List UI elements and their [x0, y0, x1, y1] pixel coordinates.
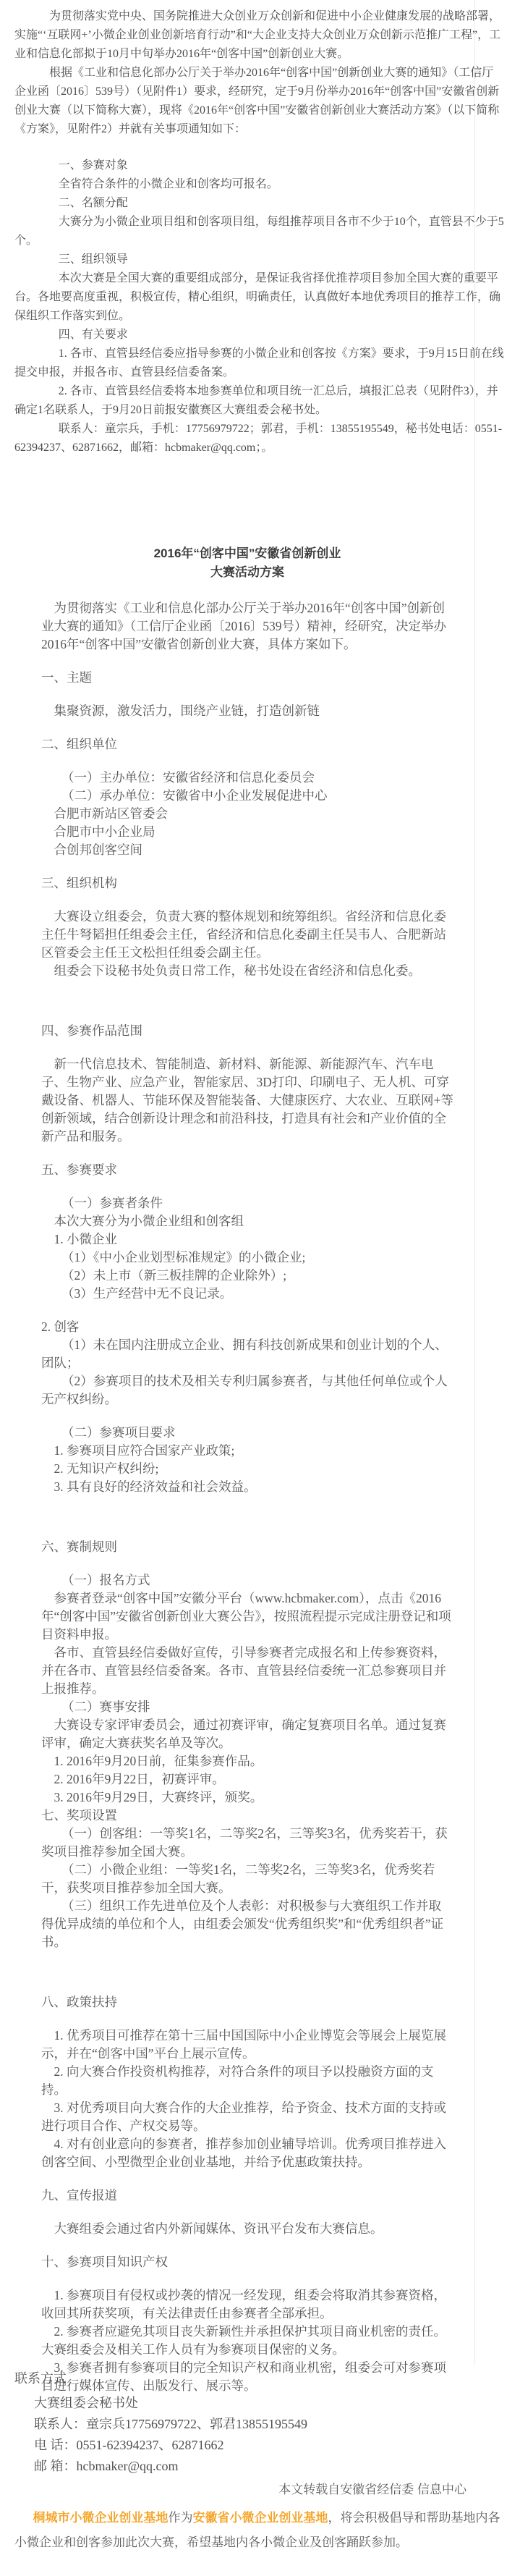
paragraph-line: 1. 参赛项目应符合国家产业政策; [41, 1442, 453, 1460]
paragraph-line: 1. 优秀项目可推荐在第十三届中国国际中小企业博览会等展会上展览展示，并在“创客… [41, 2027, 453, 2063]
paragraph-line: 1. 2016年9月20日前，征集参赛作品。 [41, 1752, 453, 1770]
paragraph-line: （1）《中小企业划型标准规定》的小微企业; [41, 1249, 453, 1267]
attachment-plan-body: 为贯彻落实《工业和信息化部办公厅关于举办2016年“创客中国”创新创业大赛的通知… [41, 599, 453, 2395]
paragraph-line: 为贯彻落实《工业和信息化部办公厅关于举办2016年“创客中国”创新创业大赛的通知… [41, 599, 453, 654]
paragraph-line: （3）生产经营中无不良记录。 [41, 1285, 453, 1303]
paragraph-line: （一）主办单位：安徽省经济和信息化委员会 [41, 769, 453, 787]
paragraph-line: 九、宣传报道 [41, 2187, 453, 2205]
promo-highlight-anhui-base: 安徽省小微企业创业基地 [193, 2511, 328, 2525]
paragraph-line: 组委会下设秘书处负责日常工作，秘书处设在省经济和信息化委。 [41, 962, 453, 980]
paragraph-line: （1）未在国内注册成立企业、拥有科技创新成果和创业计划的个人、团队； [41, 1336, 453, 1372]
paragraph-line: （一）创客组：一等奖1名，二等奖2名，三等奖3名，优秀奖若干，获奖项目推荐参加全… [41, 1825, 453, 1861]
paragraph-line: 四、有关要求 [14, 326, 504, 345]
paragraph-line: 全省符合条件的小微企业和创客均可报名。 [14, 175, 504, 194]
paragraph-line: 电 话：0551-62394237、62871662 [14, 2435, 491, 2456]
paragraph-line: 2. 参赛者应避免其项目丧失新颖性并承担保护其项目商业机密的责任。大赛组委会及相… [41, 2323, 453, 2359]
paragraph-line: 二、组织单位 [41, 735, 453, 753]
paragraph-line: 一、参赛对象 [14, 156, 504, 175]
paragraph-line: 邮 箱：hcbmaker@qq.com [14, 2456, 491, 2477]
paragraph-line: （2）参赛项目的技术及相关专利归属参赛者，与其他任何单位或个人无产权纠纷。 [41, 1372, 453, 1409]
paragraph-line: 3. 具有良好的经济效益和社会效益。 [41, 1478, 453, 1496]
paragraph-line: 为贯彻落实党中央、国务院推进大众创业万众创新和促进中小企业健康发展的战略部署，实… [14, 7, 504, 64]
paragraph-line: （2）未上市（新三板挂牌的企业除外）; [41, 1267, 453, 1285]
paragraph-line: 2. 向大赛合作投资机构推荐，对符合条件的项目予以投融资方面的支持。 [41, 2063, 453, 2099]
paragraph-line: （一）报名方式 [41, 1571, 453, 1589]
paragraph-line: 七、奖项设置 [41, 1807, 453, 1825]
paragraph-line: 2. 创客 [41, 1318, 453, 1336]
paragraph-line: （二）赛事安排 [41, 1698, 453, 1716]
paragraph-line: 本次大赛分为小微企业组和创客组 [41, 1212, 453, 1230]
paragraph-line: 新一代信息技术、智能制造、新材料、新能源、新能源汽车、汽车电子、生物产业、应急产… [41, 1055, 453, 1146]
paragraph-line: 四、参赛作品范围 [41, 1022, 453, 1040]
paragraph-line: 2. 2016年9月22日，初赛评审。 [41, 1770, 453, 1789]
paragraph-line: 1. 各市、直管县经信委应指导参赛的小微企业和创客按《方案》要求，于9月15日前… [14, 345, 504, 382]
paragraph-line: 联系方式 [14, 2368, 491, 2389]
paragraph-line: 大赛分为小微企业项目组和创客项目组，每组推荐项目各市不少于10个，直管县不少于5… [14, 213, 504, 250]
contact-block: 联系方式大赛组委会秘书处联系人：童宗兵17756979722、郭君1385519… [14, 2368, 491, 2477]
promo-paragraph: 桐城市小微企业创业基地作为安徽省小微企业创业基地，将会积极倡导和帮助基地内各小微… [14, 2506, 507, 2555]
paragraph-line: 一、主题 [41, 669, 453, 687]
paragraph-line: （三）组织工作先进单位及个人表彰：对积极参与大赛组织工作并取得优异成绩的单位和个… [41, 1897, 453, 1951]
paragraph-line: （二）承办单位：安徽省中小企业发展促进中心 [41, 787, 453, 805]
paragraph-line: 大赛组委会秘书处 [14, 2393, 491, 2414]
paragraph-line: 八、政策扶持 [41, 1993, 453, 2011]
paragraph-line: 各市、直管县经信委做好宣传，引导参赛者完成报名和上传参赛资料，并在各市、直管县经… [41, 1644, 453, 1698]
paragraph-line: 大赛组委会通过省内外新闻媒体、资讯平台发布大赛信息。 [41, 2220, 453, 2238]
paragraph-line: 1. 小微企业 [41, 1230, 453, 1249]
reprint-source-note: 本文转载自安徽省经信委 信息中心 [0, 2481, 466, 2499]
paragraph-line: （二）小微企业组：一等奖1名，二等奖2名，三等奖3名，优秀奖若干，获奖项目推荐参… [41, 1861, 453, 1897]
paragraph-line: 根据《工业和信息化部办公厅关于举办2016年“创客中国”创新创业大赛的通知》（工… [14, 64, 504, 139]
paragraph-line: 3. 2016年9月29日，大赛终评，颁奖。 [41, 1789, 453, 1807]
paragraph-line: 2. 无知识产权纠纷; [41, 1460, 453, 1478]
attachment-title: 2016年“创客中国”安徽省创新创业 大赛活动方案 [41, 544, 453, 582]
paragraph-line: 合肥市新站区管委会 [41, 805, 453, 823]
paragraph-line: 五、参赛要求 [41, 1161, 453, 1179]
paragraph-line: 二、名额分配 [14, 194, 504, 213]
paragraph-line: 三、组织领导 [14, 250, 504, 269]
paragraph-line: 1. 参赛项目有侵权或抄袭的情况一经发现，组委会将取消其参赛资格，收回其所获奖项… [41, 2286, 453, 2323]
attachment-title-line2: 大赛活动方案 [41, 563, 453, 582]
paragraph-line: 合肥市中小企业局 [41, 823, 453, 841]
paragraph-line: （一）参赛者条件 [41, 1194, 453, 1212]
paragraph-line: 参赛者登录“创客中国”安徽分平台（www.hcbmaker.com），点击《20… [41, 1589, 453, 1644]
paragraph-line: 本次大赛是全国大赛的重要组成部分，是保证我省择优推荐项目参加全国大赛的重要平台。… [14, 269, 504, 326]
paragraph-line: 大赛设专家评审委员会，通过初赛评审，确定复赛项目名单。通过复赛评审，确定大赛获奖… [41, 1716, 453, 1752]
paragraph-line: 大赛设立组委会，负责大赛的整体规划和统筹组织。省经济和信息化委主任牛弩韬担任组委… [41, 908, 453, 962]
paragraph-line: 联系人：童宗兵，手机：17756979722；郭君，手机：13855195549… [14, 420, 504, 457]
paragraph-line: 三、组织机构 [41, 874, 453, 892]
notice-document: 为贯彻落实党中央、国务院推进大众创业万众创新和促进中小企业健康发展的战略部署，实… [0, 7, 520, 457]
paragraph-line: （二）参赛项目要求 [41, 1424, 453, 1442]
promo-connector-text: 作为 [169, 2511, 193, 2525]
promo-highlight-tongcheng-base: 桐城市小微企业创业基地 [33, 2511, 169, 2525]
paragraph-line: 十、参赛项目知识产权 [41, 2253, 453, 2271]
paragraph-line: 六、赛制规则 [41, 1538, 453, 1556]
paragraph-line: 联系人：童宗兵17756979722、郭君13855195549 [14, 2414, 491, 2435]
paragraph-line: 2. 各市、直管县经信委将本地参赛单位和项目统一汇总后，填报汇总表（见附件3），… [14, 382, 504, 420]
article-page: 为贯彻落实党中央、国务院推进大众创业万众创新和促进中小企业健康发展的战略部署，实… [0, 0, 520, 2576]
paragraph-line: 4. 对有创业意向的参赛者，推荐参加创业辅导培训。优秀项目推荐进入创客空间、小型… [41, 2135, 453, 2171]
paragraph-line: 3. 对优秀项目向大赛合作的大企业推荐，给予资金、技术方面的支持或进行项目合作、… [41, 2099, 453, 2135]
paragraph-line: 合创邦创客空间 [41, 841, 453, 859]
attachment-title-line1: 2016年“创客中国”安徽省创新创业 [41, 544, 453, 563]
paragraph-line: 集聚资源，激发活力，围绕产业链，打造创新链 [41, 702, 453, 720]
